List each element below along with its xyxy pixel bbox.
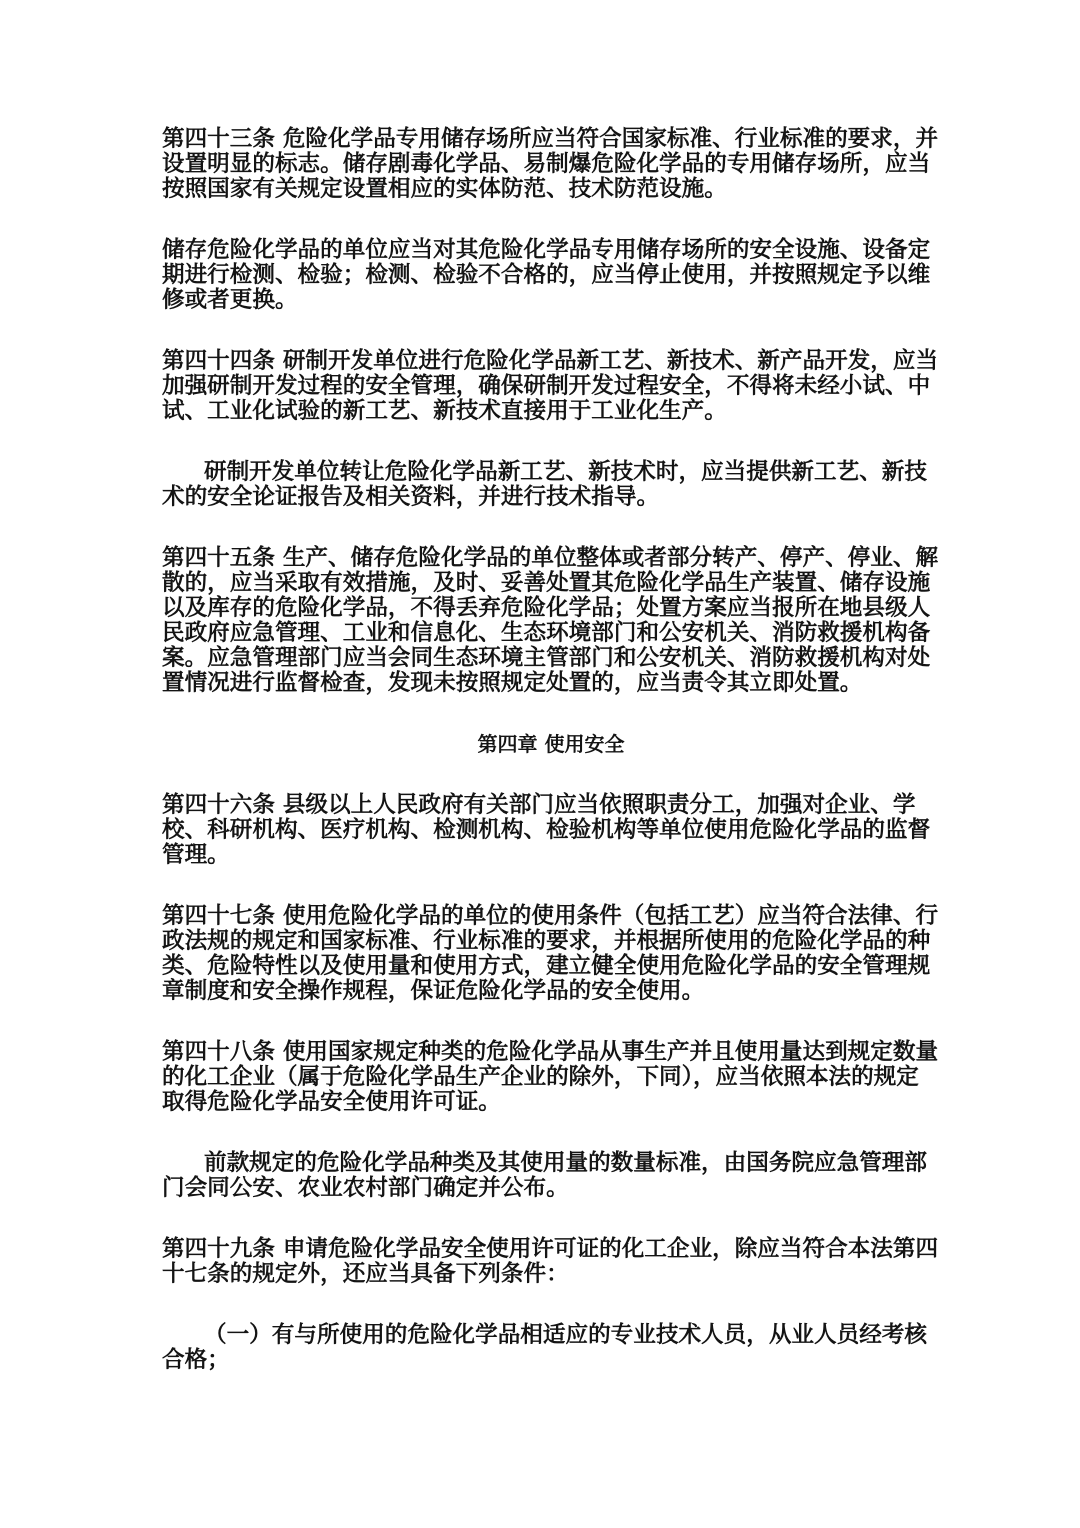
law-paragraph: 研制开发单位转让危险化学品新工艺、新技术时，应当提供新工艺、新技术的安全论证报告… [162, 460, 940, 510]
law-paragraph: 第四十七条 使用危险化学品的单位的使用条件（包括工艺）应当符合法律、行政法规的规… [162, 904, 940, 1004]
law-paragraph: 第四十五条 生产、储存危险化学品的单位整体或者部分转产、停产、停业、解散的，应当… [162, 546, 940, 696]
law-paragraph: 储存危险化学品的单位应当对其危险化学品专用储存场所的安全设施、设备定期进行检测、… [162, 238, 940, 313]
law-paragraph: 前款规定的危险化学品种类及其使用量的数量标准，由国务院应急管理部门会同公安、农业… [162, 1151, 940, 1201]
chapter-heading: 第四章 使用安全 [162, 732, 940, 757]
law-paragraph: 第四十三条 危险化学品专用储存场所应当符合国家标准、行业标准的要求，并设置明显的… [162, 127, 940, 202]
document-page: 第四十三条 危险化学品专用储存场所应当符合国家标准、行业标准的要求，并设置明显的… [0, 0, 1080, 1528]
law-paragraph: 第四十九条 申请危险化学品安全使用许可证的化工企业，除应当符合本法第四十七条的规… [162, 1237, 940, 1287]
document-body: 第四十三条 危险化学品专用储存场所应当符合国家标准、行业标准的要求，并设置明显的… [162, 127, 940, 1409]
law-paragraph: 第四十八条 使用国家规定种类的危险化学品从事生产并且使用量达到规定数量的化工企业… [162, 1040, 940, 1115]
law-paragraph: 第四十六条 县级以上人民政府有关部门应当依照职责分工，加强对企业、学校、科研机构… [162, 793, 940, 868]
law-paragraph: 第四十四条 研制开发单位进行危险化学品新工艺、新技术、新产品开发，应当加强研制开… [162, 349, 940, 424]
law-paragraph: （一）有与所使用的危险化学品相适应的专业技术人员，从业人员经考核合格； [162, 1323, 940, 1373]
